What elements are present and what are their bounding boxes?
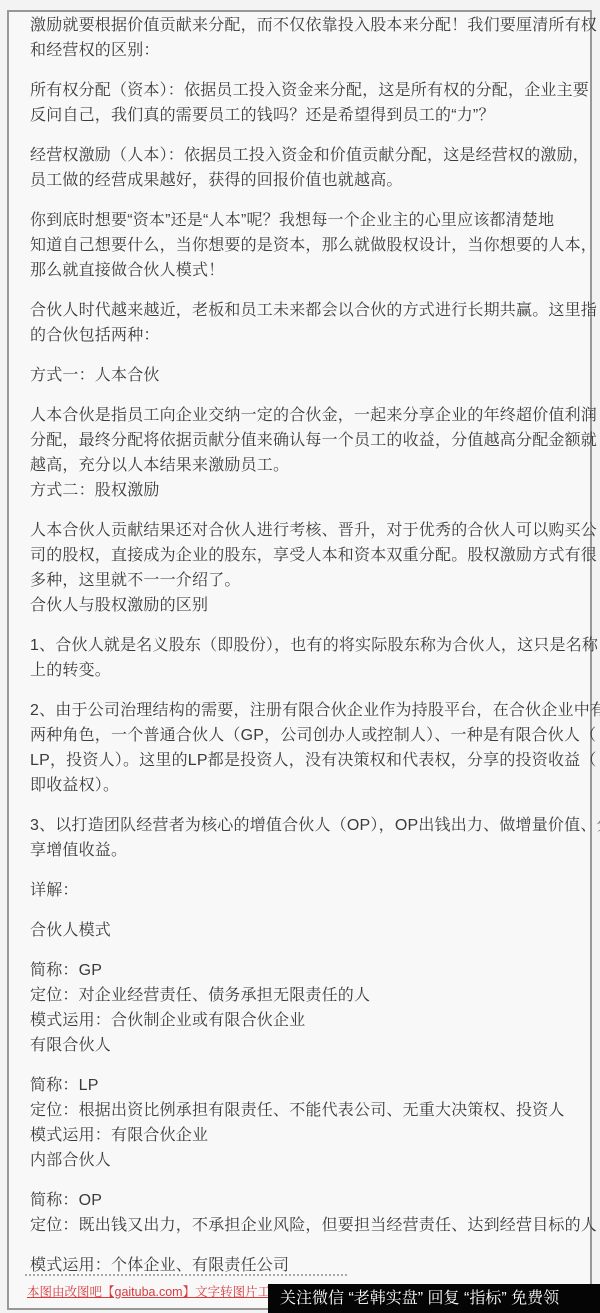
promo-banner: 关注微信 “老韩实盘” 回复 “指标” 免费领 [268, 1284, 600, 1313]
paragraph-detail-label: 详解： [30, 878, 600, 903]
article-text: 激励就要根据价值贡献来分配，而不仅依靠投入股本来分配！我们要厘清所有权 和经营权… [30, 13, 600, 1293]
paragraph-capital-vs-people: 你到底时想要“资本”还是“人本”呢？我想每一个企业主的心里应该都清楚地 知道自己… [30, 208, 600, 283]
paragraph-equity-incentive: 人本合伙人贡献结果还对合伙人进行考核、晋升，对于优秀的合伙人可以购买公 司的股权… [30, 518, 600, 618]
paragraph-lp: 简称：LP 定位：根据出资比例承担有限责任、不能代表公司、无重大决策权、投资人 … [30, 1073, 600, 1173]
paragraph-op: 简称：OP 定位：既出钱又出力，不承担企业风险，但要担当经营责任、达到经营目标的… [30, 1188, 600, 1238]
paragraph-partner-era: 合伙人时代越来越近，老板和员工未来都会以合伙的方式进行长期共赢。这里指 的合伙包… [30, 298, 600, 348]
paragraph-point-3: 3、以打造团队经营者为核心的增值合伙人（OP），OP出钱出力、做增量价值、分 享… [30, 813, 600, 863]
paragraph-ownership: 所有权分配（资本）：依据员工投入资金来分配，这是所有权的分配，企业主要 反问自己… [30, 78, 600, 128]
paragraph-intro: 激励就要根据价值贡献来分配，而不仅依靠投入股本来分配！我们要厘清所有权 和经营权… [30, 13, 600, 63]
paragraph-point-2: 2、由于公司治理结构的需要，注册有限合伙企业作为持股平台，在合伙企业中有 两种角… [30, 698, 600, 798]
paragraph-point-1: 1、合伙人就是名义股东（即股份），也有的将实际股东称为合伙人，这只是名称 上的转… [30, 633, 600, 683]
paragraph-partner-model: 合伙人模式 [30, 918, 600, 943]
paragraph-management: 经营权激励（人本）：依据员工投入资金和价值贡献分配，这是经营权的激励， 员工做的… [30, 143, 600, 193]
dotted-divider [25, 1274, 347, 1276]
paragraph-method-one: 方式一：人本合伙 [30, 363, 600, 388]
paragraph-gp: 简称：GP 定位：对企业经营责任、债务承担无限责任的人 模式运用：合伙制企业或有… [30, 958, 600, 1058]
paragraph-people-partnership: 人本合伙是指员工向企业交纳一定的合伙金，一起来分享企业的年终超价值利润 分配，最… [30, 403, 600, 503]
